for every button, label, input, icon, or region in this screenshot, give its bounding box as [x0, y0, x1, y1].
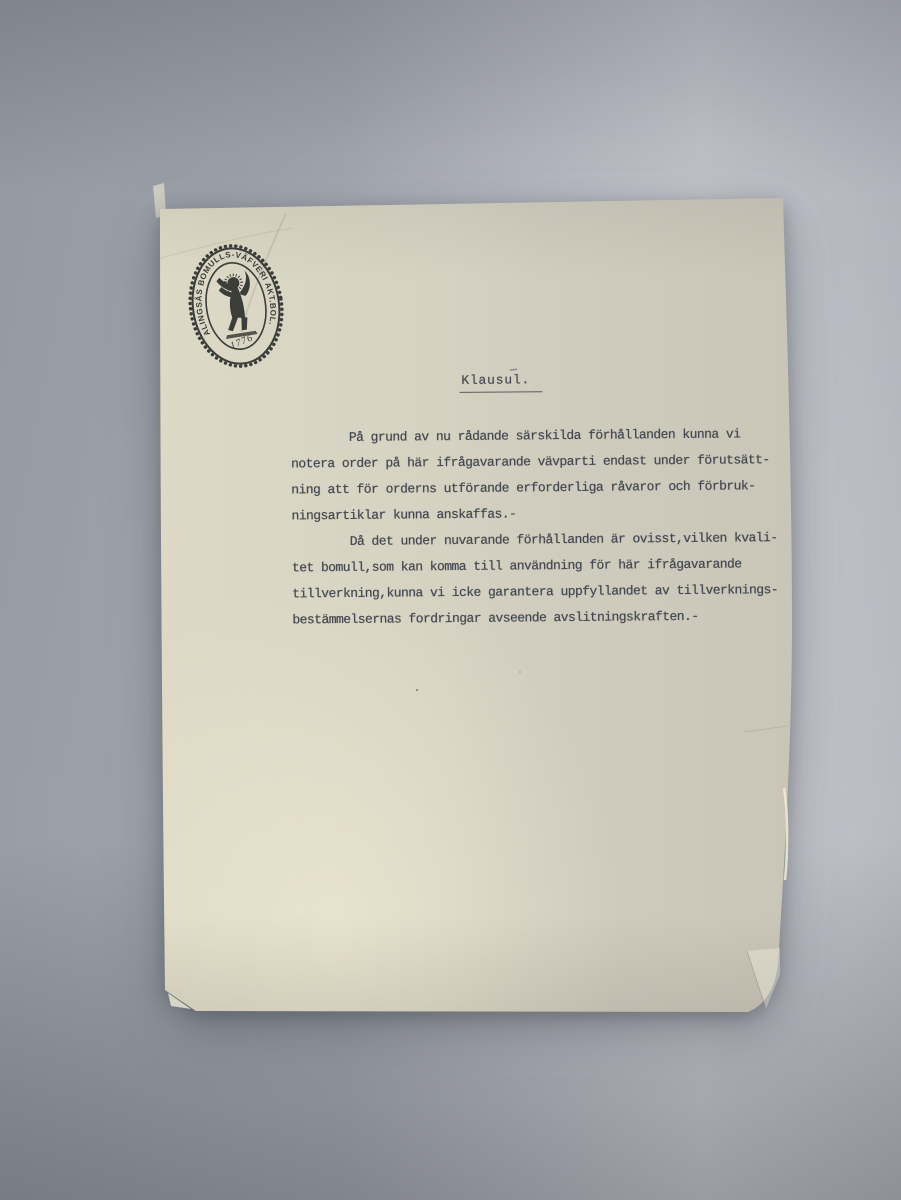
document-line: ning att för orderns utförande erforderl… — [291, 473, 811, 504]
paper-speck — [519, 671, 521, 673]
document-line: tillverkning,kunna vi icke garantera upp… — [292, 577, 812, 608]
photograph-background: ALINGSÅS BOMULLS-VÄFVERI AKT.BOL. 1776 K… — [0, 0, 901, 1200]
company-stamp: ALINGSÅS BOMULLS-VÄFVERI AKT.BOL. 1776 — [176, 234, 295, 378]
lion-rampant-icon — [215, 270, 258, 339]
document-line: bestämmelsernas fordringar avseende avsl… — [292, 603, 812, 634]
document-body: På grund av nu rådande särskilda förhåll… — [291, 421, 813, 634]
document-title: Klausul. — [459, 371, 542, 393]
paper-speck — [416, 689, 418, 691]
